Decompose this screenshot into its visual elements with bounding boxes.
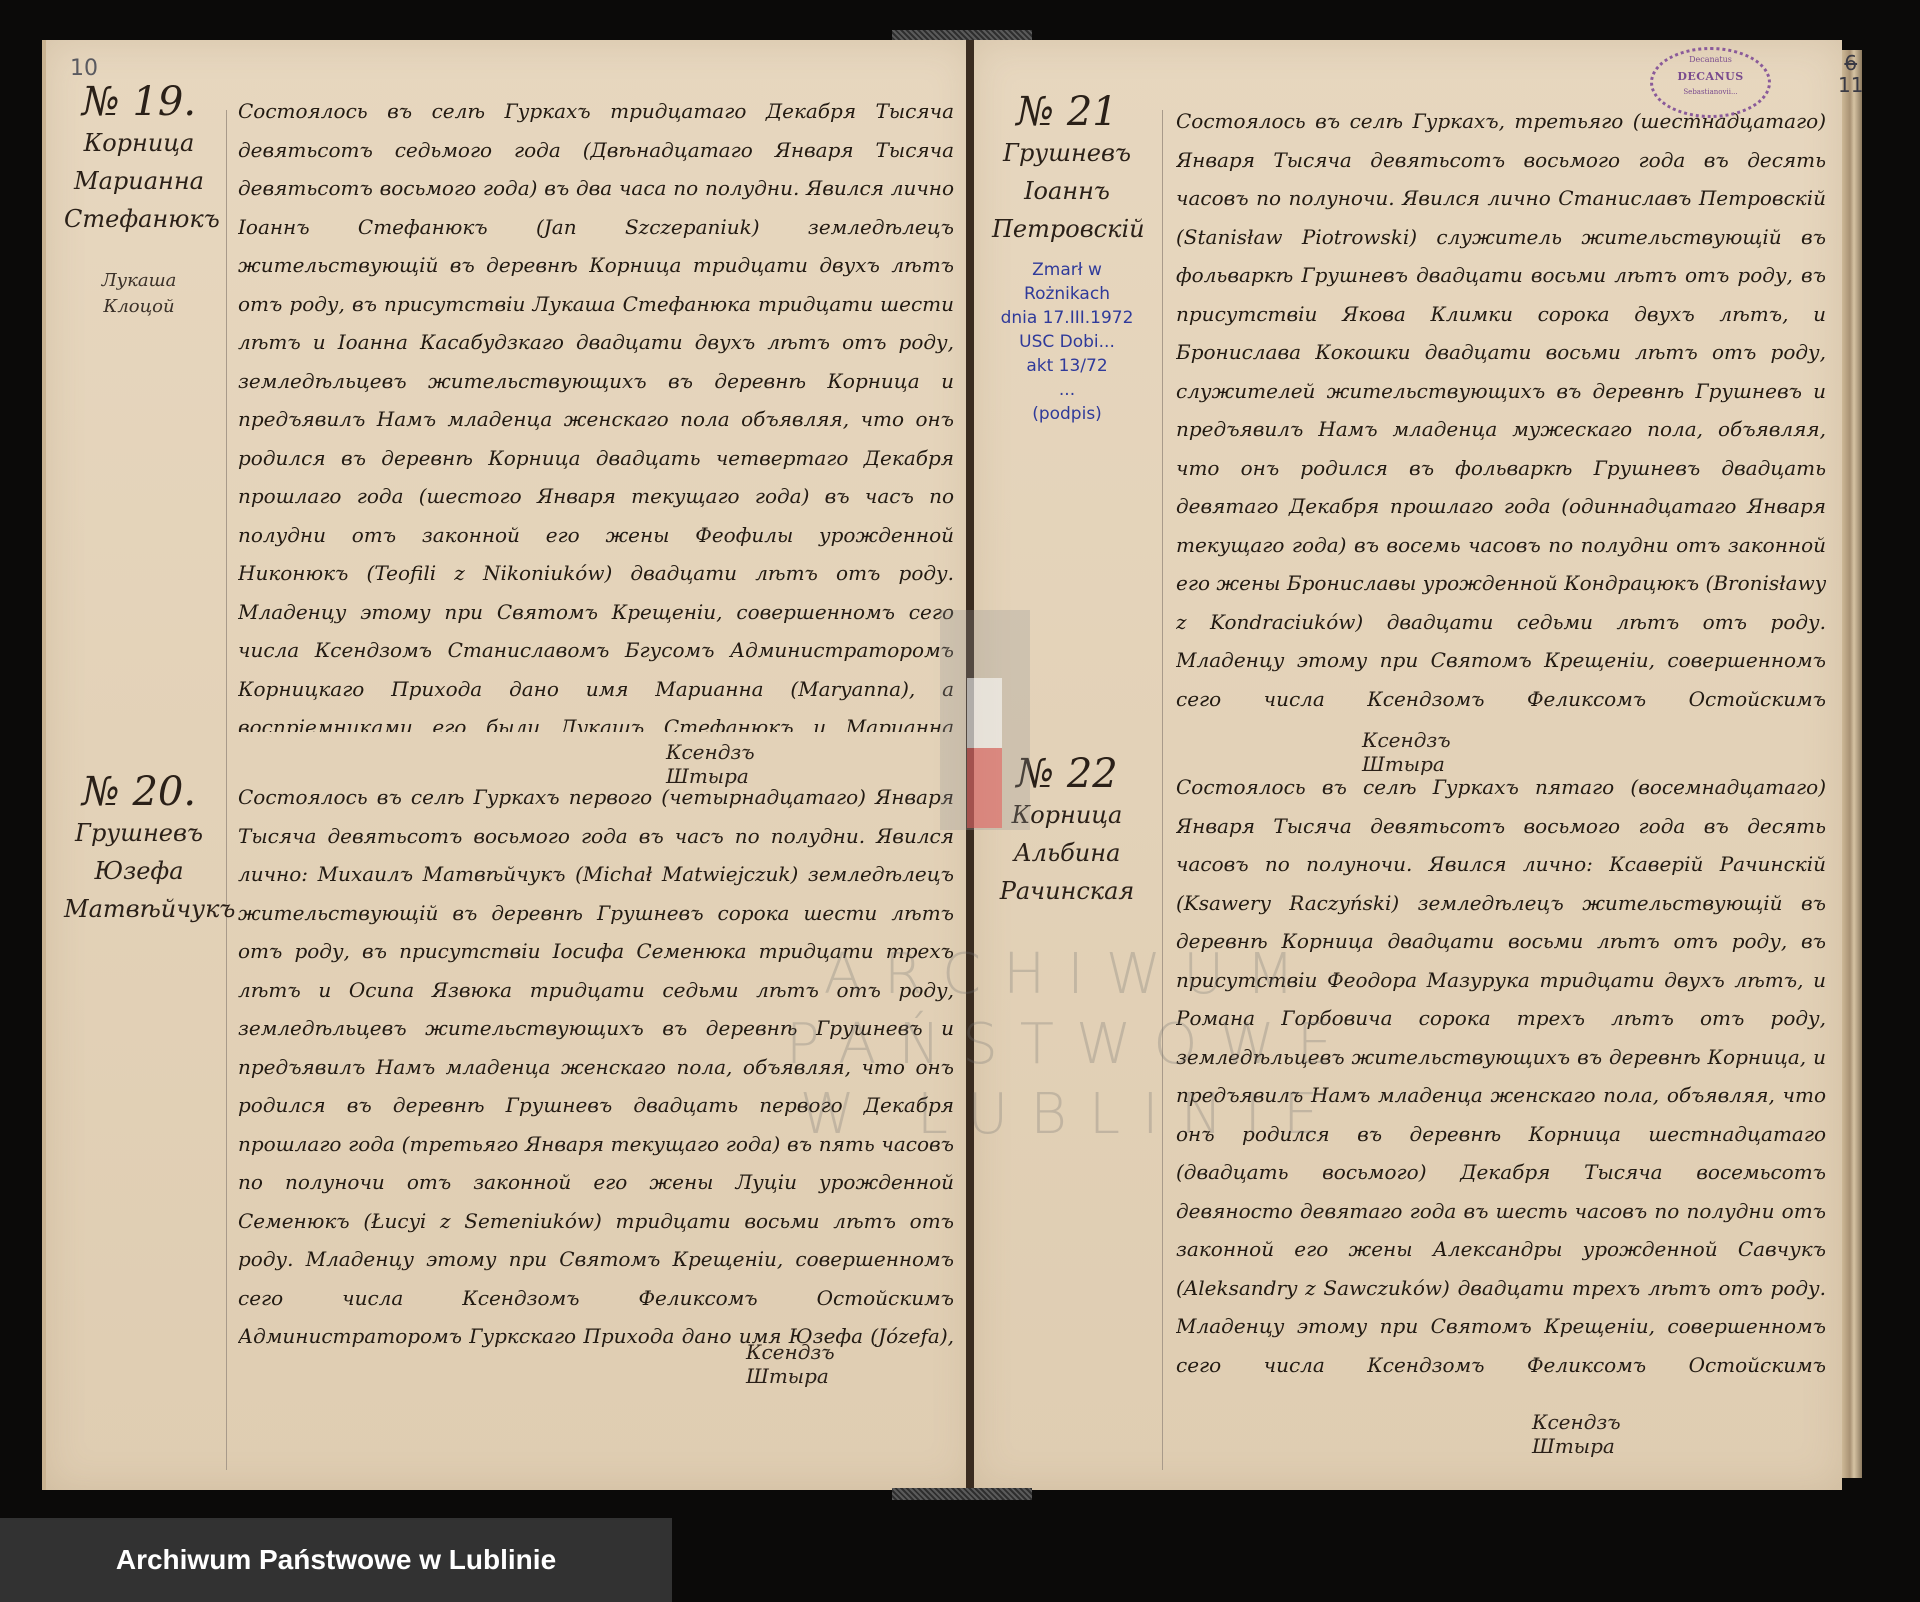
- current-folio: 11: [1838, 74, 1863, 96]
- child-surname: Петровскій: [992, 210, 1142, 248]
- entry-margin: № 19. Корница Марианна Стефанюкъ Лукаша …: [64, 80, 214, 320]
- margin-rule: [1162, 110, 1163, 1470]
- child-name: Альбина: [992, 834, 1142, 872]
- deanery-stamp: Decanatus DECANUS Sebastianovii...: [1650, 47, 1771, 118]
- child-surname: Рачинская: [992, 872, 1142, 910]
- entry-text: Состоялось въ селѣ Гуркахъ, третьяго (ше…: [1176, 102, 1826, 718]
- archive-logo-watermark: [940, 610, 1030, 830]
- priest-signature: Ксендзъ Штыра: [746, 1340, 835, 1388]
- priest-signature: Ксендзъ Штыра: [1532, 1410, 1621, 1458]
- entry-text: Состоялось въ селѣ Гуркахъ первого (четы…: [238, 778, 954, 1350]
- entry-number: № 20.: [64, 770, 214, 814]
- entry-number: № 21: [992, 90, 1142, 134]
- entry-text: Состоялось въ селѣ Гуркахъ пятаго (восем…: [1176, 768, 1826, 1380]
- marginal-annotation: Лукаша Клоцой: [64, 268, 214, 320]
- left-page: 10 № 19. Корница Марианна Стефанюкъ Лука…: [42, 40, 972, 1490]
- folio-number-right: 6 11: [1838, 52, 1863, 96]
- entry-margin: № 20. Грушневъ Юзефа Матвѣйчукъ: [64, 770, 214, 928]
- child-surname: Матвѣйчукъ: [64, 890, 214, 928]
- folio-number-left: 10: [70, 56, 98, 81]
- margin-rule: [226, 110, 227, 1470]
- child-name: Іоаннъ: [992, 172, 1142, 210]
- right-page: № 21 Грушневъ Іоаннъ Петровскій Zmarł w …: [972, 40, 1842, 1490]
- child-name: Марианна: [64, 162, 214, 200]
- archive-caption: Archiwum Państwowe w Lublinie: [0, 1518, 672, 1602]
- village-name: Грушневъ: [992, 134, 1142, 172]
- struck-folio: 6: [1838, 52, 1863, 74]
- page-stack-edge: [1842, 50, 1862, 1478]
- entry-number: № 19.: [64, 80, 214, 124]
- entry-margin: № 21 Грушневъ Іоаннъ Петровскій Zmarł w …: [992, 90, 1142, 426]
- binding-cloth-bottom: [892, 1488, 1032, 1500]
- child-name: Юзефа: [64, 852, 214, 890]
- death-annotation: Zmarł w Rożnikach dnia 17.III.1972 USC D…: [992, 258, 1142, 426]
- village-name: Грушневъ: [64, 814, 214, 852]
- village-name: Корница: [64, 124, 214, 162]
- entry-text: Состоялось въ селѣ Гуркахъ тридцатаго Де…: [238, 92, 954, 732]
- child-surname: Стефанюкъ: [64, 200, 214, 238]
